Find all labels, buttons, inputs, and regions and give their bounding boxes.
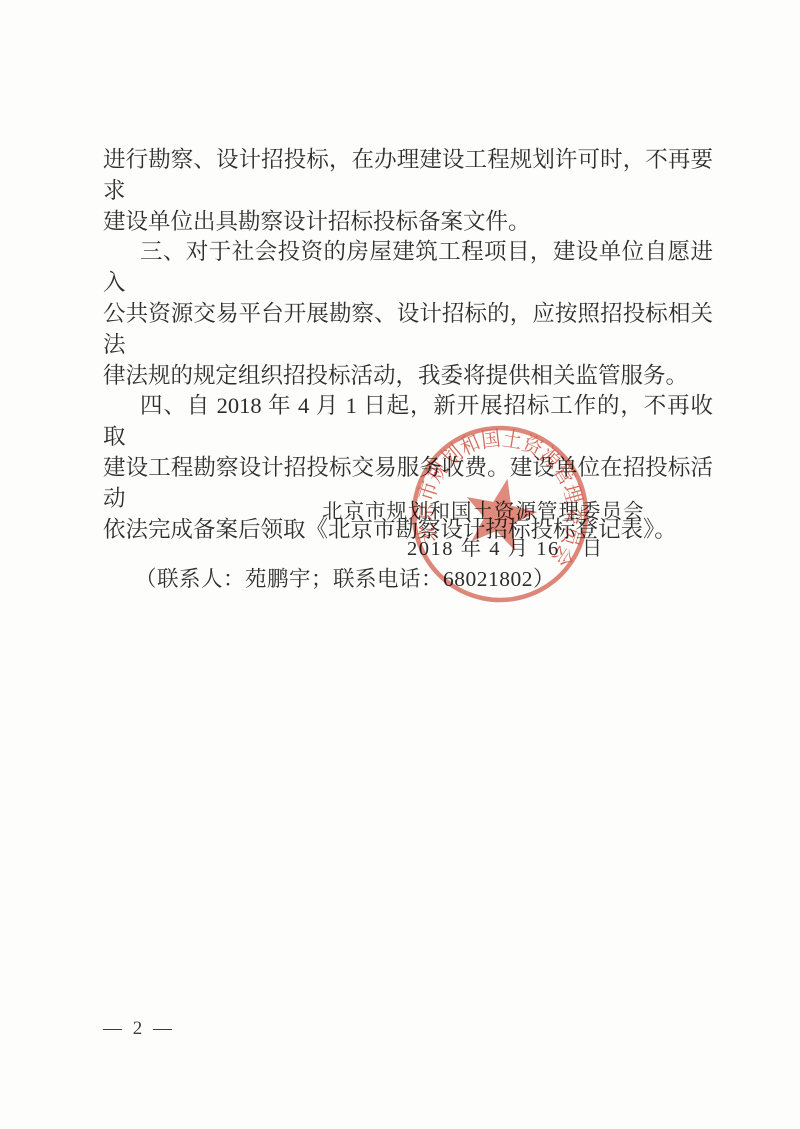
body-line: 进行勘察、设计招投标，在办理建设工程规划许可时，不再要求: [103, 145, 713, 207]
official-seal: 北京市规划和国土资源管理委员会: [390, 404, 610, 624]
document-page: 进行勘察、设计招投标，在办理建设工程规划许可时，不再要求 建设单位出具勘察设计招…: [0, 0, 800, 1129]
body-line: 建设单位出具勘察设计招标投标备案文件。: [103, 207, 713, 238]
star-icon: [458, 471, 543, 553]
page-number: — 2 —: [103, 1018, 175, 1040]
body-line: 公共资源交易平台开展勘察、设计招标的，应按照招投标相关法: [103, 299, 713, 361]
body-line: 律法规的规定组织招投标活动，我委将提供相关监管服务。: [103, 361, 713, 392]
body-line: 三、对于社会投资的房屋建筑工程项目，建设单位自愿进入: [103, 237, 713, 299]
